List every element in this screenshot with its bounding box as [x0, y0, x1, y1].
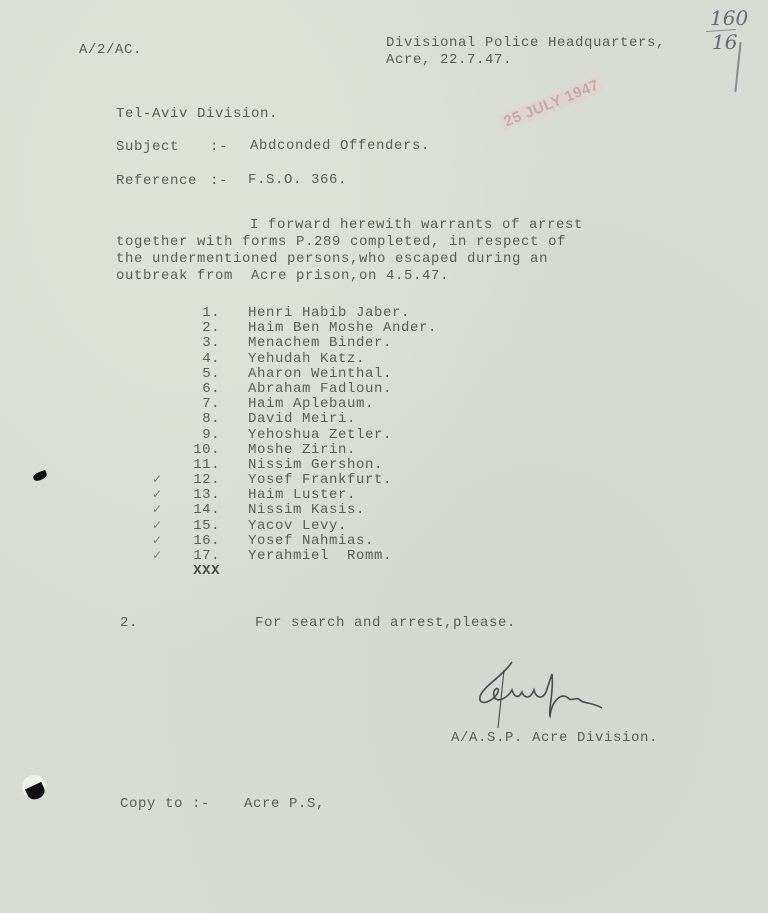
item-number: 16.: [160, 533, 220, 549]
item-number: 14.: [160, 502, 220, 518]
list-item: 1. Henri Habib Jaber.: [150, 305, 450, 320]
list-item: 11. Nissim Gershon.: [150, 457, 450, 472]
item-number: 11.: [160, 457, 220, 473]
subject-label: Subject: [116, 139, 179, 155]
person-name: Haim Luster.: [248, 487, 356, 503]
person-name: Yehoshua Zetler.: [248, 427, 392, 443]
copy-to-label: Copy to :-: [120, 796, 210, 812]
escaped-persons-list: 1. Henri Habib Jaber. 2. Haim Ben Moshe …: [150, 305, 450, 578]
folio-number-bottom: 16: [712, 30, 737, 54]
addressee: Tel-Aviv Division.: [116, 106, 278, 122]
person-name: Haim Ben Moshe Ander.: [248, 320, 437, 336]
received-date-stamp: 25 JULY 1947: [498, 75, 606, 132]
copy-to-value: Acre P.S,: [244, 796, 325, 812]
person-name: Menachem Binder.: [248, 335, 392, 351]
item-number: 9.: [160, 427, 220, 443]
item-number: 4.: [160, 351, 220, 367]
person-name: Haim Aplebaum.: [248, 396, 374, 412]
person-name: Yehudah Katz.: [248, 351, 365, 367]
signature-icon: [472, 652, 612, 732]
person-name: Nissim Kasis.: [248, 502, 365, 518]
subject-value: Abdconded Offenders.: [250, 138, 430, 154]
reference-separator: :-: [210, 173, 228, 189]
reference-code: A/2/AC.: [79, 42, 142, 58]
person-name: Henri Habib Jaber.: [248, 305, 410, 321]
person-name: Yacov Levy.: [248, 518, 347, 534]
item-number: 13.: [160, 487, 220, 503]
list-item: 3. Menachem Binder.: [150, 335, 450, 350]
person-name: Abraham Fadloun.: [248, 381, 392, 397]
punch-hole-mark: [32, 470, 48, 482]
sender-address-line1: Divisional Police Headquarters,: [386, 35, 665, 51]
person-name: Aharon Weinthal.: [248, 366, 392, 382]
paragraph-2-number: 2.: [120, 615, 138, 631]
sender-address-date: Acre, 22.7.47.: [386, 52, 512, 68]
list-item: 9. Yehoshua Zetler.: [150, 427, 450, 442]
person-name: David Meiri.: [248, 411, 356, 427]
list-item: ✓ 13. Haim Luster.: [150, 487, 450, 502]
list-item: ✓ 12. Yosef Frankfurt.: [150, 472, 450, 487]
reference-value: F.S.O. 366.: [248, 172, 347, 188]
item-number: 8.: [160, 411, 220, 427]
struck-out-mark: XXX: [160, 563, 220, 579]
item-number: 3.: [160, 335, 220, 351]
person-name: Yosef Frankfurt.: [248, 472, 392, 488]
list-item: 7. Haim Aplebaum.: [150, 396, 450, 411]
item-number: 7.: [160, 396, 220, 412]
item-number: 17.: [160, 548, 220, 564]
person-name: Nissim Gershon.: [248, 457, 383, 473]
paragraph-2-text: For search and arrest,please.: [255, 615, 516, 631]
document-page: A/2/AC. Divisional Police Headquarters, …: [0, 0, 768, 913]
body-line-2: together with forms P.289 completed, in …: [116, 234, 566, 250]
list-item: 5. Aharon Weinthal.: [150, 366, 450, 381]
reference-label: Reference: [116, 173, 197, 189]
body-line-1: I forward herewith warrants of arrest: [250, 217, 583, 233]
item-number: 6.: [160, 381, 220, 397]
list-item: ✓ 15. Yacov Levy.: [150, 518, 450, 533]
signature-title: A/A.S.P. Acre Division.: [451, 730, 658, 746]
item-number: 5.: [160, 366, 220, 382]
struck-out-row: XXX: [150, 563, 450, 578]
list-item: ✓ 16. Yosef Nahmias.: [150, 533, 450, 548]
item-number: 10.: [160, 442, 220, 458]
body-line-4: outbreak from Acre prison,on 4.5.47.: [116, 268, 449, 284]
list-item: ✓ 14. Nissim Kasis.: [150, 502, 450, 517]
list-item: ✓ 17. Yerahmiel Romm.: [150, 548, 450, 563]
item-number: 12.: [160, 472, 220, 488]
person-name: Yosef Nahmias.: [248, 533, 374, 549]
subject-separator: :-: [210, 139, 228, 155]
list-item: 4. Yehudah Katz.: [150, 351, 450, 366]
list-item: 6. Abraham Fadloun.: [150, 381, 450, 396]
item-number: 15.: [160, 518, 220, 534]
list-item: 8. David Meiri.: [150, 411, 450, 426]
list-item: 10. Moshe Zirin.: [150, 442, 450, 457]
item-number: 1.: [160, 305, 220, 321]
person-name: Yerahmiel Romm.: [248, 548, 392, 564]
body-line-3: the undermentioned persons,who escaped d…: [116, 251, 548, 267]
item-number: 2.: [160, 320, 220, 336]
list-item: 2. Haim Ben Moshe Ander.: [150, 320, 450, 335]
folio-number-top: 160: [710, 6, 748, 30]
person-name: Moshe Zirin.: [248, 442, 356, 458]
